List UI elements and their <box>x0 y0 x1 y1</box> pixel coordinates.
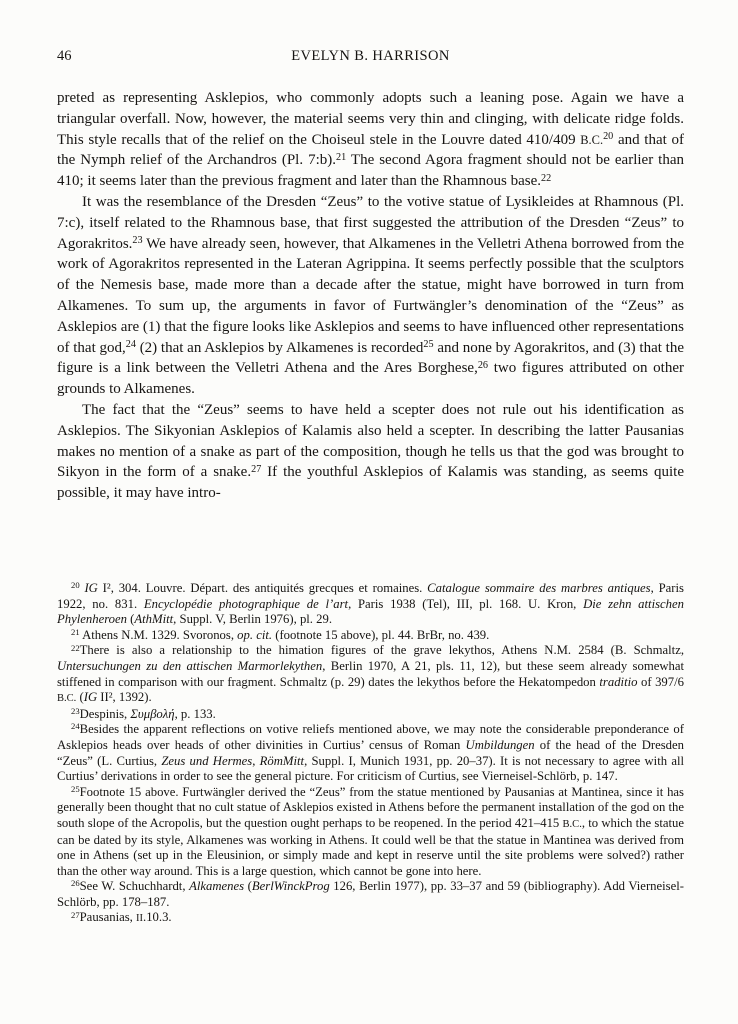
body-text: preted as representing Asklepios, who co… <box>57 88 684 504</box>
text-run: B.C. <box>57 693 76 704</box>
text-run: (footnote 15 above), pl. 44. BrBr, no. 4… <box>272 628 489 642</box>
text-run: AthMitt <box>134 612 173 626</box>
text-run: Catalogue sommaire des marbres antiques <box>427 581 650 595</box>
text-run: II², 1392). <box>97 690 152 704</box>
text-run: Despinis, <box>80 707 131 721</box>
text-run: II <box>136 913 143 924</box>
text-run: Zeus und Hermes <box>161 754 252 768</box>
text-run: op. cit. <box>237 628 272 642</box>
footnote-reference: 21 <box>71 627 80 637</box>
running-head: EVELYN B. HARRISON <box>57 48 684 65</box>
text-run: , <box>252 754 259 768</box>
text-run: , Paris 1938 (Tel), III, pl. 168. U. Kro… <box>348 597 583 611</box>
text-run: B.C. <box>580 133 603 147</box>
footnote-reference: 20 <box>603 131 613 142</box>
text-run: Untersuchungen zu den attischen Marmorle… <box>57 659 322 673</box>
footnotes-section: 20 IG I², 304. Louvre. Départ. des antiq… <box>57 581 684 927</box>
text-run: RömMitt <box>260 754 304 768</box>
footnote-reference: 27 <box>251 464 261 475</box>
text-run: ( <box>76 690 83 704</box>
footnote-reference: 25 <box>423 339 433 350</box>
body-paragraph-1: preted as representing Asklepios, who co… <box>57 88 684 192</box>
text-run: , Suppl. V, Berlin 1976), pl. 29. <box>173 612 332 626</box>
footnote-21: 21 Athens N.M. 1329. Svoronos, op. cit. … <box>57 628 684 644</box>
text-run: traditio <box>599 675 637 689</box>
text-run: Συμβολή <box>130 707 174 721</box>
footnote-reference: 26 <box>71 878 80 888</box>
text-run: We have already seen, however, that Alka… <box>57 236 684 356</box>
text-run: B.C. <box>563 819 582 830</box>
footnote-reference: 26 <box>478 360 488 371</box>
text-run: ( <box>244 879 252 893</box>
footnote-reference: 23 <box>71 706 80 716</box>
footnote-23: 23Despinis, Συμβολή, p. 133. <box>57 707 684 723</box>
footnote-reference: 22 <box>71 643 80 653</box>
footnote-reference: 24 <box>71 721 80 731</box>
text-run: IG <box>84 581 97 595</box>
footnote-reference: 20 <box>71 580 80 590</box>
text-run: IG <box>84 690 97 704</box>
body-paragraph-3: The fact that the “Zeus” seems to have h… <box>57 400 684 504</box>
text-run: There is also a relationship to the hima… <box>80 643 684 657</box>
document-page: 46 EVELYN B. HARRISON preted as represen… <box>0 0 738 1024</box>
text-run: , p. 133. <box>175 707 216 721</box>
footnote-26: 26See W. Schuchhardt, Alkamenes (BerlWin… <box>57 879 684 910</box>
text-run: BerlWinckProg <box>252 879 330 893</box>
body-paragraph-2: It was the resemblance of the Dresden “Z… <box>57 192 684 400</box>
footnote-24: 24Besides the apparent reflections on vo… <box>57 722 684 784</box>
footnote-25: 25Footnote 15 above. Furtwängler derived… <box>57 785 684 880</box>
footnote-27: 27Pausanias, II.10.3. <box>57 910 684 927</box>
footnote-22: 22There is also a relationship to the hi… <box>57 643 684 706</box>
footnote-reference: 23 <box>132 235 142 246</box>
footnote-reference: 24 <box>126 339 136 350</box>
footnote-reference: 21 <box>336 152 346 163</box>
page-number: 46 <box>57 48 72 65</box>
text-run: See W. Schuchhardt, <box>80 879 189 893</box>
text-run: Alkamenes <box>189 879 244 893</box>
footnote-reference: 25 <box>71 784 80 794</box>
text-run: Pausanias, <box>80 910 136 924</box>
text-run: Athens N.M. 1329. Svoronos, <box>80 628 238 642</box>
footnote-reference: 27 <box>71 910 80 920</box>
text-run: Encyclopédie photographique de l’art <box>144 597 348 611</box>
text-run: .10.3. <box>143 910 172 924</box>
text-run: I², 304. Louvre. Départ. des antiquités … <box>98 581 427 595</box>
text-run: Umbildungen <box>466 738 535 752</box>
text-run: (2) that an Asklepios by Alkamenes is re… <box>136 340 423 356</box>
footnote-20: 20 IG I², 304. Louvre. Départ. des antiq… <box>57 581 684 628</box>
page-header: 46 EVELYN B. HARRISON <box>57 48 684 68</box>
footnote-reference: 22 <box>541 173 551 184</box>
text-run: of 397/6 <box>637 675 684 689</box>
